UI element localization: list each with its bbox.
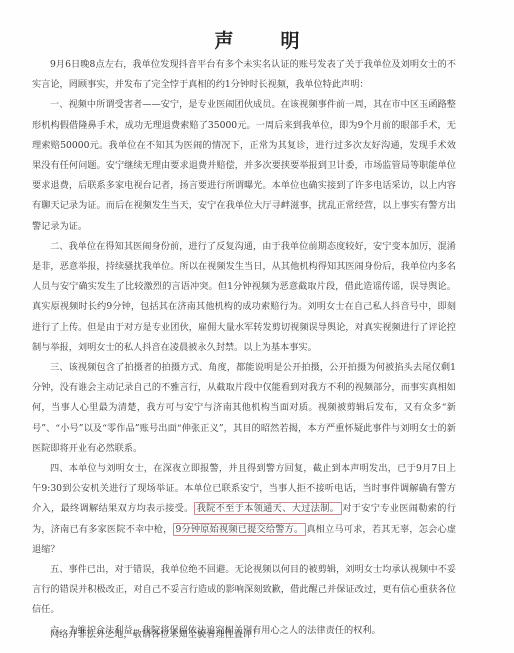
highlighted-phrase-1: 我院不至于本领通天、大过法制。 xyxy=(194,502,343,515)
paragraph-4: 四、本单位与刘明女士，在深夜立即报警，并且得到警方回复，截止到本声明发出，已于9… xyxy=(32,459,456,560)
paragraph-2: 二、我单位在得知其医闹身份前，进行了反复沟通，由于我单位前期态度较好，安宁变本加… xyxy=(32,237,456,358)
intro-paragraph: 9月6日晚8点左右，我单位发现抖音平台有多个未实名认证的账号发表了关于我单位及刘… xyxy=(32,55,456,95)
paragraph-5: 五、事件已出，对于错误，我单位绝不回避。无论视频以何目的被剪辑，刘明女士均承认视… xyxy=(32,560,456,621)
closing-remark: 网络并非法外之地，敬请各位未知全貌者理性置评！ xyxy=(50,628,470,642)
paragraph-1: 一、视频中所谓受害者——安宁，是专业医闹团伙成员。在该视频事件前一周，其在市中区… xyxy=(32,95,456,236)
paragraph-3: 三、该视频包含了拍摄者的拍摄方式、角度，都能说明是公开拍摄，公开拍摄为何被掐头去… xyxy=(32,358,456,459)
document-title: 声 明 xyxy=(0,26,514,53)
highlighted-phrase-2: 9分钟原始视频已提交给警方。 xyxy=(173,523,307,536)
statement-page: 声 明 9月6日晚8点左右，我单位发现抖音平台有多个未实名认证的账号发表了关于我… xyxy=(0,0,514,653)
document-body: 9月6日晚8点左右，我单位发现抖音平台有多个未实名认证的账号发表了关于我单位及刘… xyxy=(32,55,456,641)
